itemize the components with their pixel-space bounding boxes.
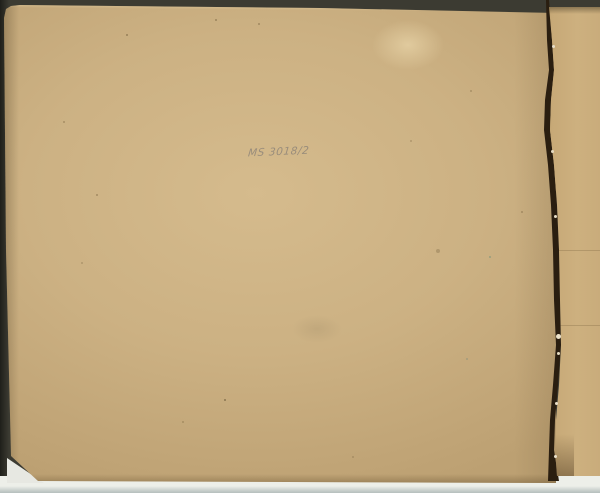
cover-left-shade: [3, 0, 19, 483]
light-stain: [372, 20, 444, 70]
shelfmark-handwriting: MS 3018/2: [247, 145, 310, 160]
album-cover: MS 3018/2: [0, 0, 556, 483]
scan-bottom-strip: [0, 486, 600, 493]
faint-smudge: [292, 315, 342, 343]
scanner-background: MS 3018/2: [0, 0, 600, 493]
cover-top-bevel: [8, 3, 548, 13]
torn-edge-flecks: [0, 0, 3, 3]
